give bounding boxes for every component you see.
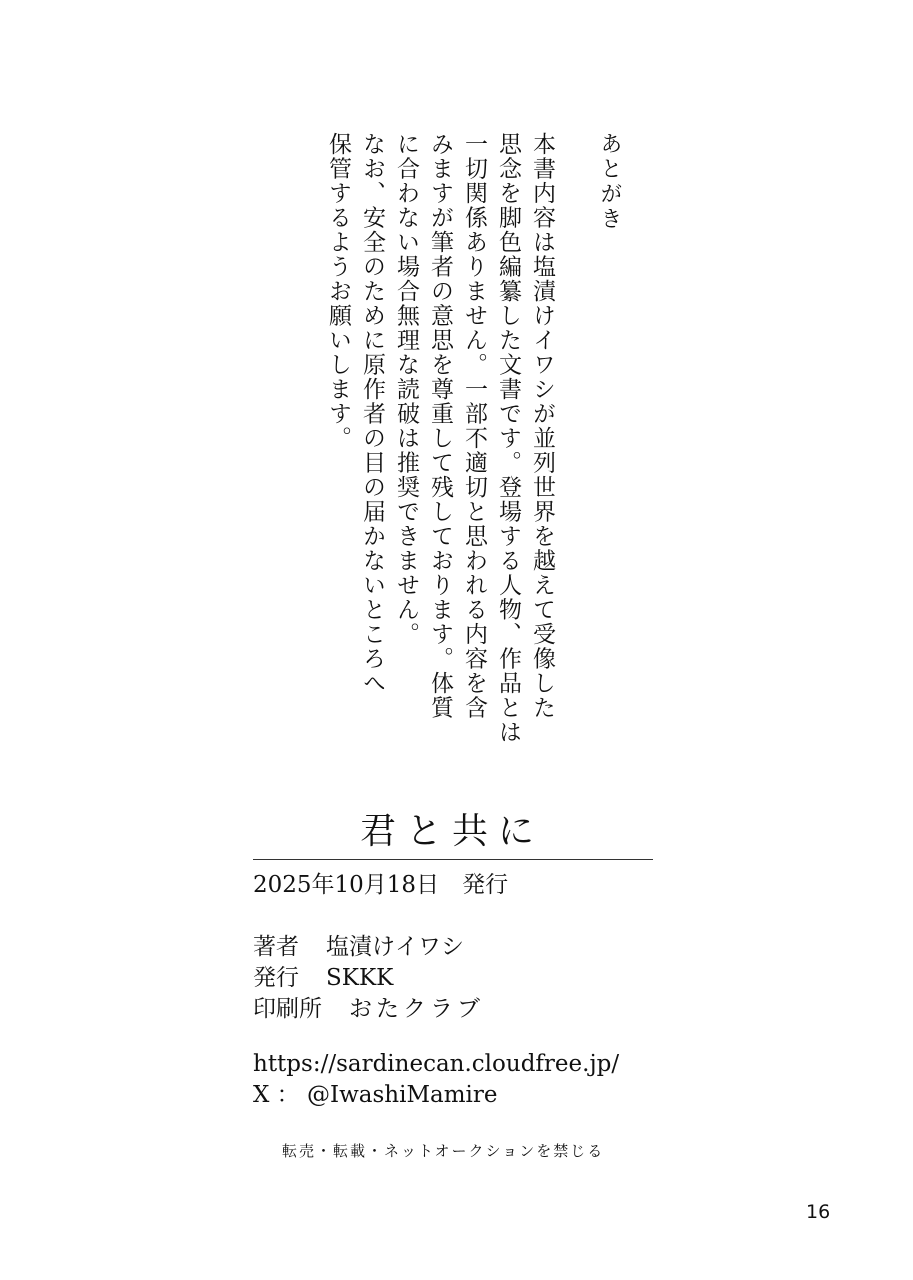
book-title: 君と共に — [360, 810, 544, 854]
credit-label: 発行 — [253, 963, 326, 994]
credit-value: 塩漬けイワシ — [326, 932, 464, 963]
afterword-heading: あとがき — [595, 132, 623, 772]
x-account: X ： @IwashiMamire — [253, 1080, 619, 1111]
credit-printer: 印刷所 おたクラブ — [253, 994, 484, 1025]
afterword-line: 保管するようお願いします。 — [321, 132, 355, 772]
website-url: https://sardinecan.cloudfree.jp/ — [253, 1049, 619, 1080]
title-divider — [253, 859, 653, 860]
afterword-line: 一切関係ありません。一部不適切と思われる内容を含 — [457, 132, 491, 772]
credit-value: SKKK — [326, 963, 393, 994]
afterword-line: みますが筆者の意思を尊重して残しております。体質 — [423, 132, 457, 772]
afterword-line: 本書内容は塩漬けイワシが並列世界を越えて受像した — [525, 132, 559, 772]
credit-publisher: 発行 SKKK — [253, 963, 484, 994]
contact-links: https://sardinecan.cloudfree.jp/ X ： @Iw… — [253, 1049, 619, 1111]
afterword-section: あとがき 本書内容は塩漬けイワシが並列世界を越えて受像した 思念を脚色編纂した文… — [321, 132, 623, 772]
page-number: 16 — [806, 1201, 830, 1223]
afterword-line: 思念を脚色編纂した文書です。登場する人物、作品とは — [491, 132, 525, 772]
publication-date: 2025年10月18日 発行 — [253, 870, 508, 900]
credit-label: 著者 — [253, 932, 326, 963]
afterword-line: に合わない場合無理な読破は推奨できません。 — [389, 132, 423, 772]
afterword-body: 本書内容は塩漬けイワシが並列世界を越えて受像した 思念を脚色編纂した文書です。登… — [321, 132, 559, 772]
credit-author: 著者 塩漬けイワシ — [253, 932, 484, 963]
credits-block: 著者 塩漬けイワシ 発行 SKKK 印刷所 おたクラブ — [253, 932, 484, 1025]
resale-prohibition-notice: 転売・転載・ネットオークションを禁じる — [282, 1141, 604, 1161]
credit-value: おたクラブ — [349, 994, 484, 1025]
credit-label: 印刷所 — [253, 994, 349, 1025]
afterword-line: なお、安全のために原作者の目の届かないところへ — [355, 132, 389, 772]
